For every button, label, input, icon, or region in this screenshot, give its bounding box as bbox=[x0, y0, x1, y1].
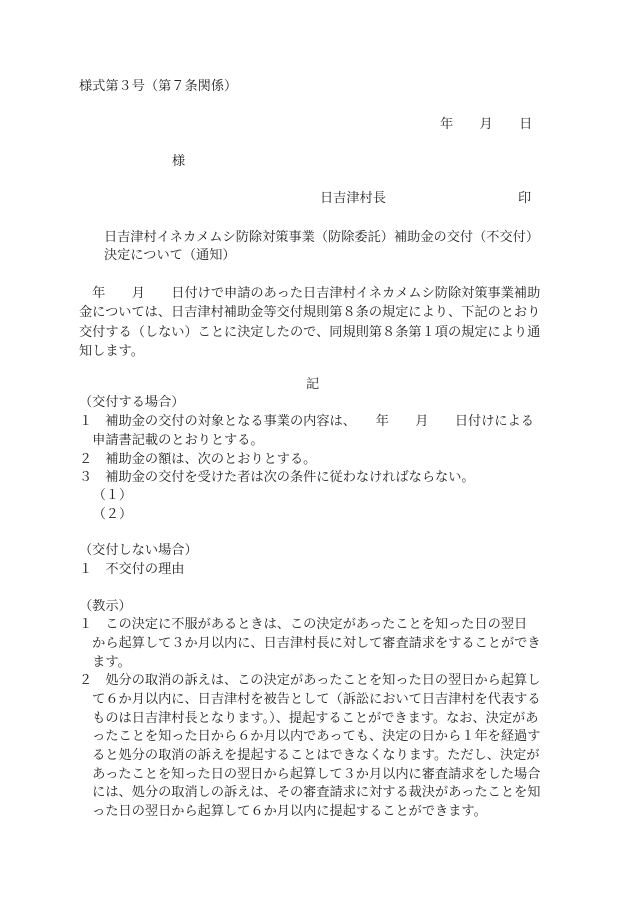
instruction-line: った日の翌日から起算して６か月以内に提起することができます。 bbox=[79, 803, 487, 821]
grant-case-line: ３ 補助金の交付を受けた者は次の条件に従わなければならない。 bbox=[79, 469, 475, 487]
instruction-heading: （教示） bbox=[79, 598, 132, 616]
instruction-line: １ この決定に不服があるときは、この決定があったことを知った日の翌日 bbox=[79, 616, 527, 634]
body-line: 金については、日吉津村補助金等交付規則第８条の規定により、下記のとおり bbox=[79, 304, 540, 322]
date-line: 年 月 日 bbox=[440, 116, 532, 134]
instruction-line: から起算して３か月以内に、日吉津村長に対して審査請求をすることができ bbox=[79, 635, 541, 653]
addressee: 様 bbox=[172, 153, 185, 171]
ki-heading: 記 bbox=[306, 376, 319, 394]
no-grant-case-line: １ 不交付の理由 bbox=[79, 561, 185, 579]
instruction-line: て６か月以内に、日吉津村を被告として（訴訟において日吉津村を代表する bbox=[79, 691, 541, 709]
issuer-name: 日吉津村長 bbox=[320, 190, 386, 208]
no-grant-case-heading: （交付しない場合） bbox=[79, 542, 198, 560]
title-line-1: 日吉津村イネカメムシ防除対策事業（防除委託）補助金の交付（不交付） bbox=[104, 229, 539, 247]
instruction-line: ったことを知った日から６か月以内であっても、決定の日から１年を経過す bbox=[79, 728, 540, 746]
grant-case-heading: （交付する場合） bbox=[79, 394, 185, 412]
body-line: 交付する（しない）ことに決定したので、同規則第８条第１項の規定により通 bbox=[79, 324, 540, 342]
instruction-line: あったことを知った日の翌日から起算して３か月以内に審査請求をした場合 bbox=[79, 766, 540, 784]
body-line: 知します。 bbox=[79, 343, 144, 361]
body-line: 年 月 日付けで申請のあった日吉津村イネカメムシ防除対策事業補助 bbox=[79, 285, 540, 303]
instruction-line: ます。 bbox=[79, 654, 131, 672]
instruction-line: ２ 処分の取消の訴えは、この決定があったことを知った日の翌日から起算し bbox=[79, 672, 540, 690]
instruction-line: には、処分の取消しの訴えは、その審査請求に対する裁決があったことを知 bbox=[79, 784, 540, 802]
seal-mark: 印 bbox=[518, 190, 531, 208]
title-line-2: 決定について（通知） bbox=[104, 247, 236, 265]
instruction-line: ものは日吉津村長となります。）、提起することができます。なお、決定があ bbox=[79, 710, 538, 728]
form-number: 様式第３号（第７条関係） bbox=[79, 78, 237, 96]
grant-case-line: （１） bbox=[86, 487, 132, 505]
grant-case-line: １ 補助金の交付の対象となる事業の内容は、 年 月 日付けによる bbox=[79, 413, 534, 431]
instruction-line: ると処分の取消の訴えを提起することはできなくなります。ただし、決定が bbox=[79, 747, 540, 765]
grant-case-line: （２） bbox=[86, 506, 132, 524]
grant-case-line: 申請書記載のとおりとする。 bbox=[79, 432, 264, 450]
grant-case-line: ２ 補助金の額は、次のとおりとする。 bbox=[79, 451, 316, 469]
